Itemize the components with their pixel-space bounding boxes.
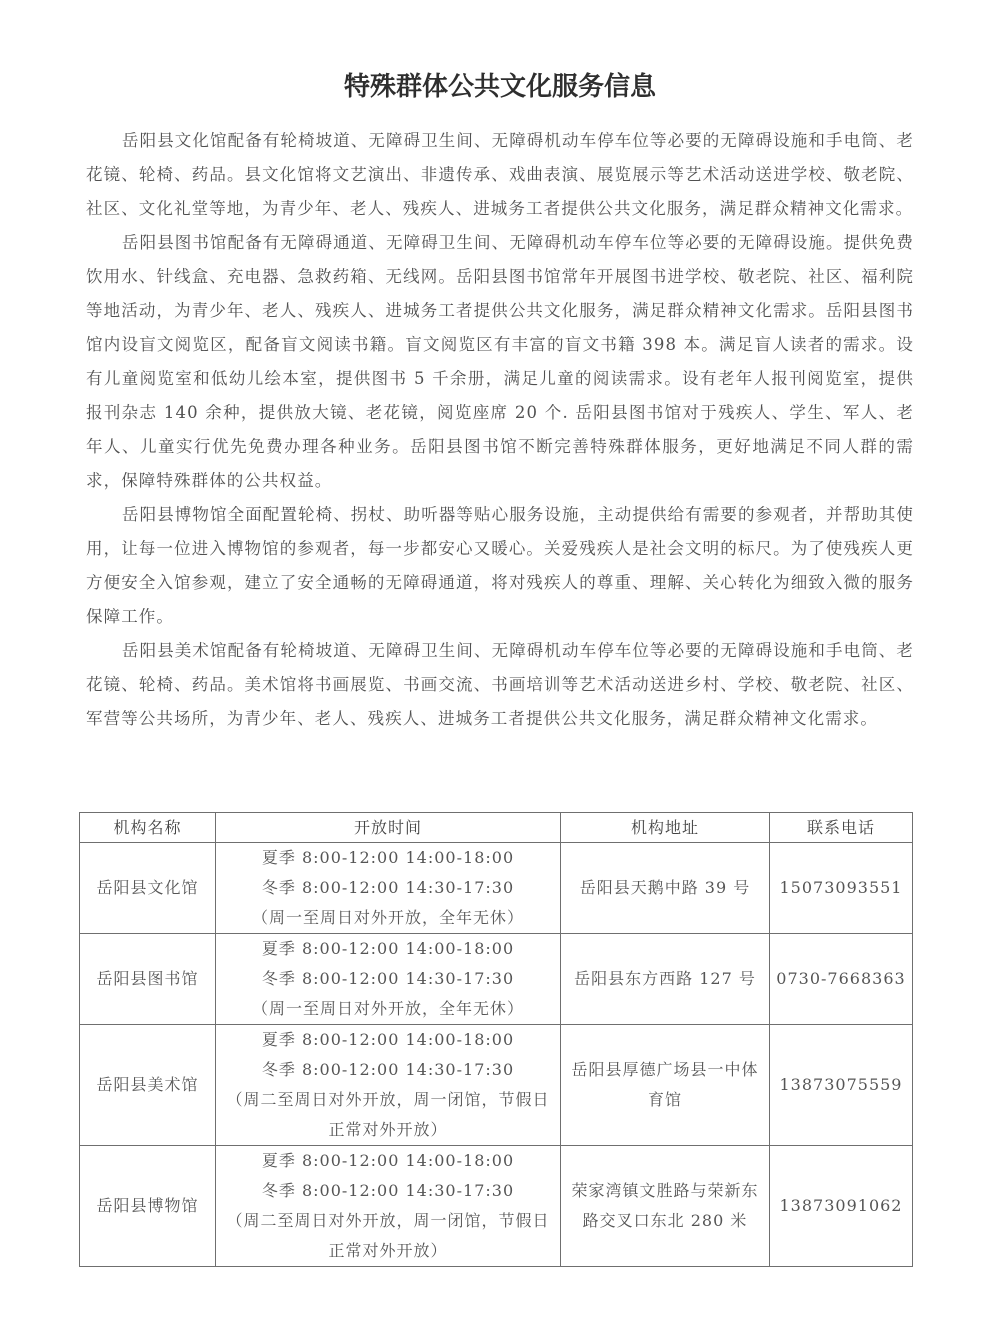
paragraph-art-gallery: 岳阳县美术馆配备有轮椅坡道、无障碍卫生间、无障碍机动车停车位等必要的无障碍设施和… [86,634,914,736]
institution-phone: 0730-7668363 [770,934,913,1025]
hours-winter: 冬季 8:00-12:00 14:30-17:30 [220,873,556,903]
institution-address: 岳阳县东方西路 127 号 [561,934,770,1025]
institution-name: 岳阳县文化馆 [80,843,216,934]
opening-hours: 夏季 8:00-12:00 14:00-18:00 冬季 8:00-12:00 … [216,1146,561,1267]
hours-winter: 冬季 8:00-12:00 14:30-17:30 [220,1055,556,1085]
opening-hours: 夏季 8:00-12:00 14:00-18:00 冬季 8:00-12:00 … [216,934,561,1025]
document-body: 岳阳县文化馆配备有轮椅坡道、无障碍卫生间、无障碍机动车停车位等必要的无障碍设施和… [86,124,914,736]
institution-name: 岳阳县美术馆 [80,1025,216,1146]
hours-note: （周一至周日对外开放，全年无休） [220,994,556,1024]
hours-winter: 冬季 8:00-12:00 14:30-17:30 [220,964,556,994]
hours-note: （周一至周日对外开放，全年无休） [220,903,556,933]
institution-info-table: 机构名称 开放时间 机构地址 联系电话 岳阳县文化馆 夏季 8:00-12:00… [79,812,913,1267]
institution-address: 岳阳县天鹅中路 39 号 [561,843,770,934]
institution-name: 岳阳县图书馆 [80,934,216,1025]
institution-name: 岳阳县博物馆 [80,1146,216,1267]
institution-phone: 13873075559 [770,1025,913,1146]
paragraph-museum: 岳阳县博物馆全面配置轮椅、拐杖、助听器等贴心服务设施，主动提供给有需要的参观者，… [86,498,914,634]
hours-summer: 夏季 8:00-12:00 14:00-18:00 [220,1146,556,1176]
table-row: 岳阳县图书馆 夏季 8:00-12:00 14:00-18:00 冬季 8:00… [80,934,913,1025]
hours-note: （周二至周日对外开放，周一闭馆，节假日正常对外开放） [220,1085,556,1145]
institution-address: 岳阳县厚德广场县一中体育馆 [561,1025,770,1146]
hours-summer: 夏季 8:00-12:00 14:00-18:00 [220,1025,556,1055]
table-row: 岳阳县博物馆 夏季 8:00-12:00 14:00-18:00 冬季 8:00… [80,1146,913,1267]
table-row: 岳阳县美术馆 夏季 8:00-12:00 14:00-18:00 冬季 8:00… [80,1025,913,1146]
header-address: 机构地址 [561,813,770,843]
institution-phone: 13873091062 [770,1146,913,1267]
page-title: 特殊群体公共文化服务信息 [0,67,1000,107]
institution-address: 荣家湾镇文胜路与荣新东路交叉口东北 280 米 [561,1146,770,1267]
paragraph-library: 岳阳县图书馆配备有无障碍通道、无障碍卫生间、无障碍机动车停车位等必要的无障碍设施… [86,226,914,498]
hours-summer: 夏季 8:00-12:00 14:00-18:00 [220,934,556,964]
hours-summer: 夏季 8:00-12:00 14:00-18:00 [220,843,556,873]
hours-winter: 冬季 8:00-12:00 14:30-17:30 [220,1176,556,1206]
header-phone: 联系电话 [770,813,913,843]
paragraph-cultural-center: 岳阳县文化馆配备有轮椅坡道、无障碍卫生间、无障碍机动车停车位等必要的无障碍设施和… [86,124,914,226]
table-row: 岳阳县文化馆 夏季 8:00-12:00 14:00-18:00 冬季 8:00… [80,843,913,934]
header-institution-name: 机构名称 [80,813,216,843]
header-opening-hours: 开放时间 [216,813,561,843]
table-header-row: 机构名称 开放时间 机构地址 联系电话 [80,813,913,843]
hours-note: （周二至周日对外开放，周一闭馆，节假日正常对外开放） [220,1206,556,1266]
opening-hours: 夏季 8:00-12:00 14:00-18:00 冬季 8:00-12:00 … [216,1025,561,1146]
institution-phone: 15073093551 [770,843,913,934]
opening-hours: 夏季 8:00-12:00 14:00-18:00 冬季 8:00-12:00 … [216,843,561,934]
